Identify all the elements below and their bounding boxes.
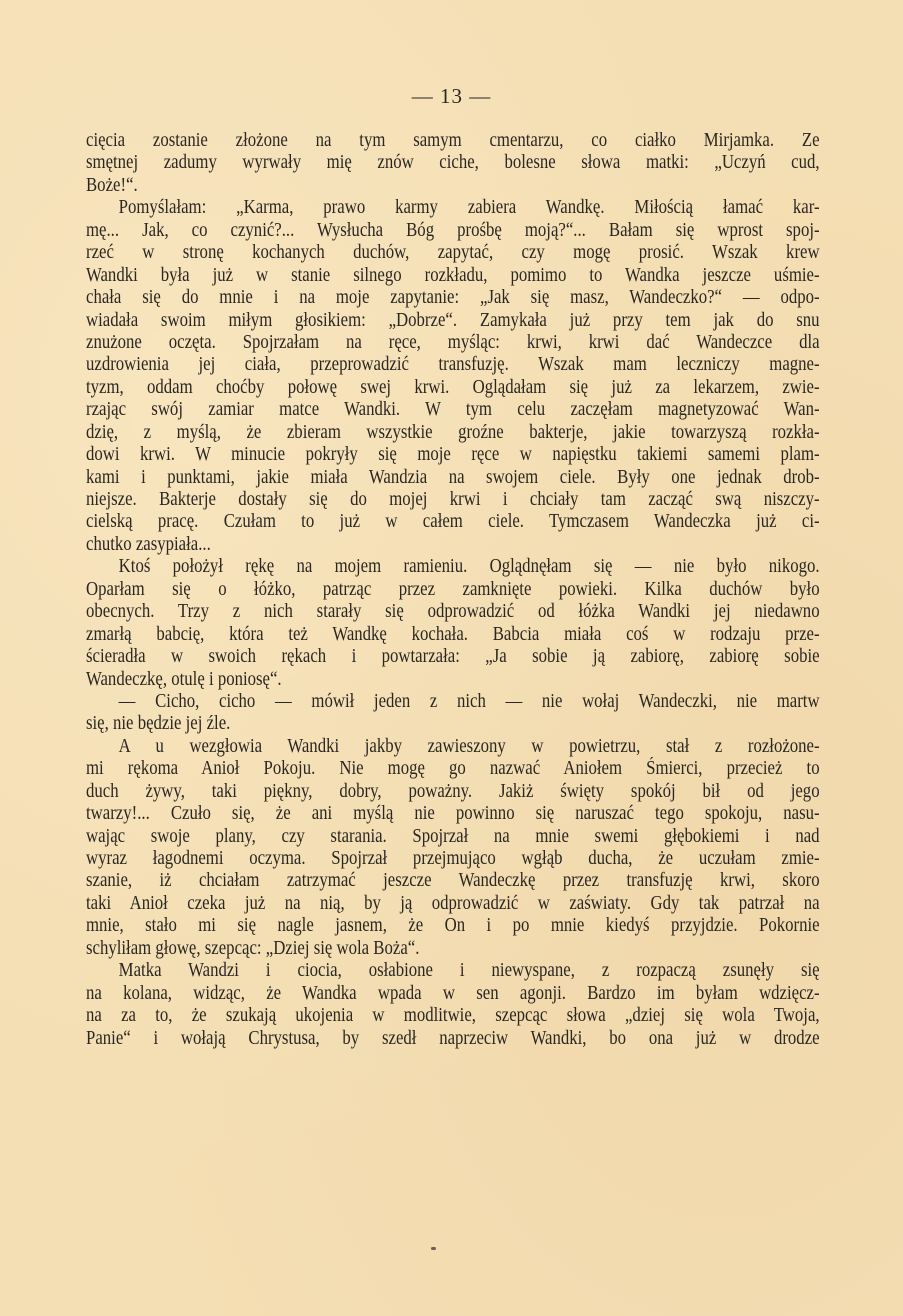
body-text: cięcia zostanie złożone na tym samym cme… <box>86 130 820 1050</box>
text-line: się, nie będzie jej źle. <box>86 713 820 735</box>
text-line: Boże!“. <box>86 175 820 197</box>
text-line: taki Anioł czeka już na nią, by ją odpro… <box>86 893 820 915</box>
text-line: znużone oczęta. Spojrzałam na ręce, myśl… <box>86 332 820 354</box>
text-line: smętnej zadumy wyrwały mię znów ciche, b… <box>86 152 820 174</box>
text-line: uzdrowienia jej ciała, przeprowadzić tra… <box>86 354 820 376</box>
text-line: dowi krwi. W minucie pokryły się moje rę… <box>86 444 820 466</box>
text-line: chała się do mnie i na moje zapytanie: „… <box>86 287 820 309</box>
text-line: zmarłą babcię, która też Wandkę kochała.… <box>86 624 820 646</box>
text-line: Oparłam się o łóżko, patrząc przez zamkn… <box>86 579 820 601</box>
text-line: cielską pracę. Czułam to już w całem cie… <box>86 511 820 533</box>
text-line: na za to, że szukają ukojenia w modlitwi… <box>86 1005 820 1027</box>
text-line: wyraz łagodnemi oczyma. Spojrzał przejmu… <box>86 848 820 870</box>
text-line: kami i punktami, jakie miała Wandzia na … <box>86 467 820 489</box>
text-line: — Cicho, cicho — mówił jeden z nich — ni… <box>86 691 820 713</box>
paragraph: — Cicho, cicho — mówił jeden z nich — ni… <box>86 691 820 736</box>
text-line: wiadała swoim miłym głosikiem: „Dobrze“.… <box>86 310 820 332</box>
text-line: twarzy!... Czuło się, że ani myślą nie p… <box>86 803 820 825</box>
text-line: na kolana, widząc, że Wandka wpada w sen… <box>86 983 820 1005</box>
text-line: Wandki była już w stanie silnego rozkład… <box>86 265 820 287</box>
text-line: schyliłam głowę, szepcąc: „Dziej się wol… <box>86 938 820 960</box>
text-line: tyzm, oddam choćby połowę swej krwi. Ogl… <box>86 377 820 399</box>
text-line: niejsze. Bakterje dostały się do mojej k… <box>86 489 820 511</box>
paragraph: Ktoś położył rękę na mojem ramieniu. Ogl… <box>86 556 820 691</box>
text-line: duch żywy, taki piękny, dobry, poważny. … <box>86 781 820 803</box>
paragraph: Pomyślałam: „Karma, prawo karmy zabiera … <box>86 197 820 556</box>
text-line: cięcia zostanie złożone na tym samym cme… <box>86 130 820 152</box>
text-line: A u wezgłowia Wandki jakby zawieszony w … <box>86 736 820 758</box>
text-line: Matka Wandzi i ciocia, osłabione i niewy… <box>86 960 820 982</box>
ink-speck <box>431 1247 436 1250</box>
text-line: rzeć w stronę kochanych duchów, zapytać,… <box>86 242 820 264</box>
text-line: Ktoś położył rękę na mojem ramieniu. Ogl… <box>86 556 820 578</box>
text-line: rzając swój zamiar matce Wandki. W tym c… <box>86 399 820 421</box>
text-line: ścieradła w swoich rękach i powtarzała: … <box>86 646 820 668</box>
book-page: — 13 — cięcia zostanie złożone na tym sa… <box>0 0 903 1316</box>
text-line: obecnych. Trzy z nich starały się odprow… <box>86 601 820 623</box>
paragraph: A u wezgłowia Wandki jakby zawieszony w … <box>86 736 820 960</box>
text-line: Pomyślałam: „Karma, prawo karmy zabiera … <box>86 197 820 219</box>
page-number: — 13 — <box>0 84 903 109</box>
text-line: szanie, iż chciałam zatrzymać jeszcze Wa… <box>86 870 820 892</box>
text-line: Wandeczkę, otulę i poniosę“. <box>86 669 820 691</box>
text-line: mi rękoma Anioł Pokoju. Nie mogę go nazw… <box>86 758 820 780</box>
paragraph: Matka Wandzi i ciocia, osłabione i niewy… <box>86 960 820 1050</box>
text-line: mnie, stało mi się nagle jasnem, że On i… <box>86 915 820 937</box>
paragraph: cięcia zostanie złożone na tym samym cme… <box>86 130 820 197</box>
text-line: chutko zasypiała... <box>86 534 820 556</box>
text-line: dzię, z myślą, że zbieram wszystkie groź… <box>86 422 820 444</box>
text-line: mę... Jak, co czynić?... Wysłucha Bóg pr… <box>86 220 820 242</box>
text-line: wając swoje plany, czy starania. Spojrza… <box>86 826 820 848</box>
text-line: Panie“ i wołają Chrystusa, by szedł napr… <box>86 1028 820 1050</box>
